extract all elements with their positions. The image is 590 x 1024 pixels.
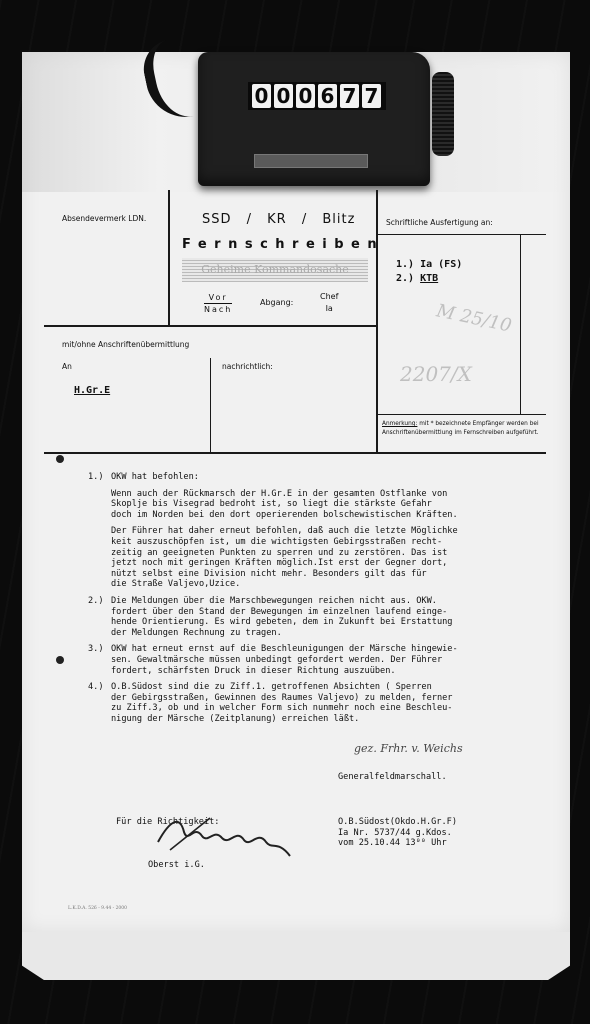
paragraph-2: 2.) Die Meldungen über die Marschbewegun… [88,596,558,638]
divider [210,358,211,453]
paragraph-4: 4.) O.B.Südost sind die zu Ziff.1. getro… [88,682,558,724]
rank-label: Oberst i.G. [148,860,205,870]
vor-label: Vor [204,292,232,304]
recipient-item: 2.) KTB [396,272,462,286]
counter-knob [432,72,454,156]
anmerkung-note: Anmerkung: mit * bezeichnete Empfänger w… [382,420,546,438]
nachrichtlich-label: nachrichtlich: [222,362,273,371]
punch-hole [56,455,64,463]
counter-digit: 0 [274,84,293,108]
priority-line: SSD / KR / Blitz [202,212,355,227]
handwritten-initials: M 25/10 [435,300,514,336]
recipient-item: 1.) Ia (FS) [396,258,462,272]
chef-ia-field: Chef Ia [320,291,338,315]
signatory-title: Generalfeldmarschall. [338,772,447,782]
divider [44,452,546,454]
abgang-label: Abgang: [260,298,293,307]
counter-display: 0 0 0 6 7 7 [248,82,386,110]
paragraph-3: 3.) OKW hat erneut ernst auf die Beschle… [88,644,558,676]
mit-ohne-label: mit/ohne Anschriftenübermittlung [62,340,189,349]
absendevermerk-label: Absendevermerk LDN. [62,214,146,223]
counter-digit: 0 [252,84,271,108]
counter-digit: 7 [362,84,381,108]
divider [376,414,546,415]
counter-digit: 7 [340,84,359,108]
recipient-list: 1.) Ia (FS) 2.) KTB [396,258,462,286]
counter-digit: 0 [296,84,315,108]
teletype-form-header: Absendevermerk LDN. SSD / KR / Blitz Fer… [44,190,546,453]
handwritten-signature-weichs: gez. Frhr. v. Weichs [354,742,463,755]
classification-stamp: Geheime Kommandosache [182,258,368,282]
punch-hole [56,656,64,664]
handwritten-number: 2207/X [400,362,472,386]
print-mark: L.K.D.A. 526 - 9.44 - 2000 [68,906,127,911]
ia-label: Ia [320,303,338,315]
form-type-title: Fernschreiben [182,237,384,252]
an-label: An [62,362,72,371]
divider [44,325,376,327]
paragraph-1: 1.) OKW hat befohlen: [88,472,558,483]
divider [520,234,521,414]
vor-nach-field: Vor Nach [204,292,232,315]
reference-block: O.B.Südost(Okdo.H.Gr.F) Ia Nr. 5737/44 g… [338,817,457,849]
divider [168,190,170,327]
schriftliche-ausfertigung-label: Schriftliche Ausfertigung an: [386,218,493,227]
frame-counter-device: 0 0 0 6 7 7 [198,52,430,186]
counter-plate [254,154,368,168]
paragraph-1a: Wenn auch der Rückmarsch der H.Gr.E in d… [88,489,558,521]
an-value: H.Gr.E [74,385,110,396]
paper-fold [22,932,570,980]
paragraph-1b: Der Führer hat daher erneut befohlen, da… [88,526,558,590]
message-body: 1.) OKW hat befohlen: Wenn auch der Rück… [88,472,558,730]
counter-digit: 6 [318,84,337,108]
nach-label: Nach [204,304,232,315]
handwritten-signature-scrawl [150,810,300,860]
chef-label: Chef [320,291,338,303]
